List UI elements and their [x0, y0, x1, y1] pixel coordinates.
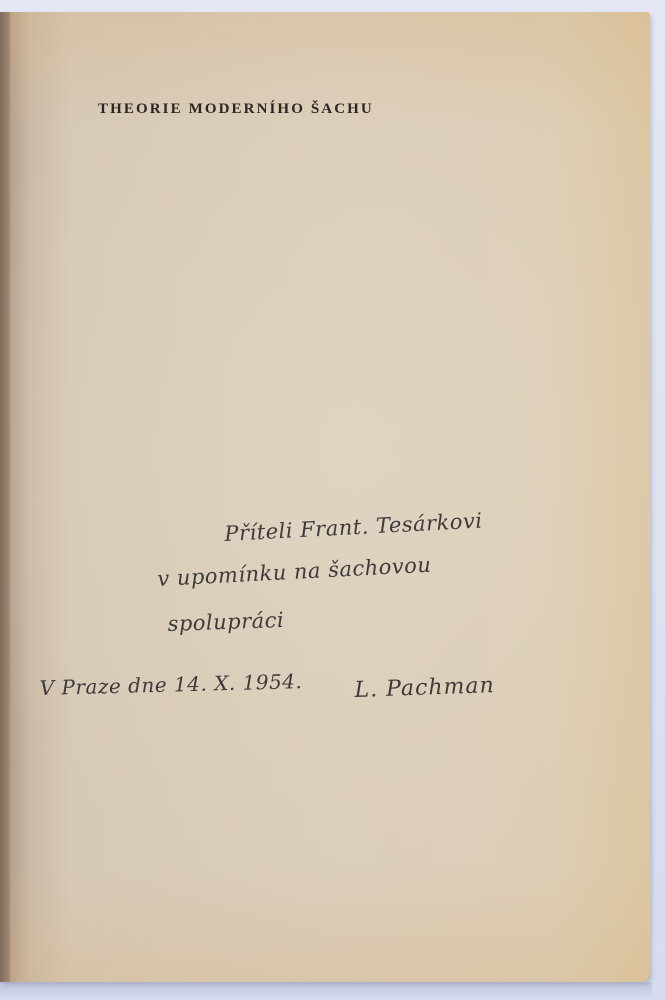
book-gutter-shadow: [0, 12, 10, 982]
book-page: [0, 12, 650, 982]
author-signature: L. Pachman: [354, 673, 495, 703]
inscription-line-3: spolupráci: [167, 608, 284, 636]
running-header-title: THEORIE MODERNÍHO ŠACHU: [98, 101, 374, 118]
page-bottom-shadow: [0, 982, 652, 1000]
